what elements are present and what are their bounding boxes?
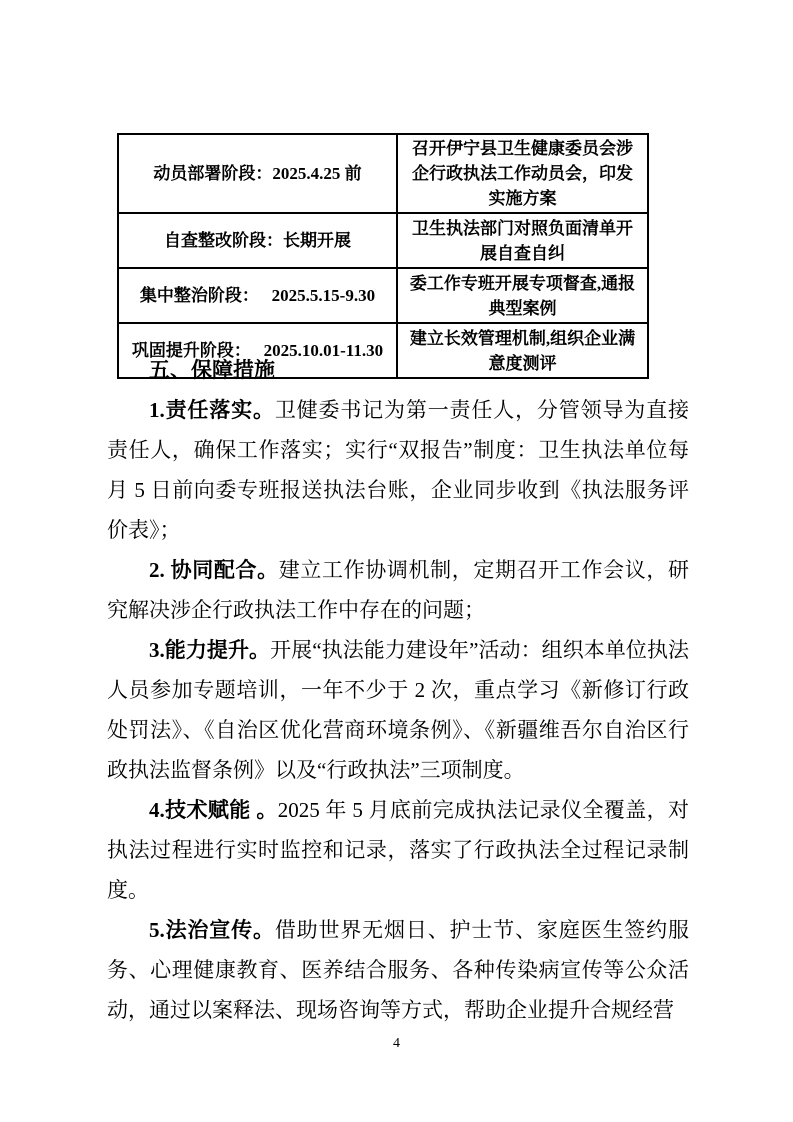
table-row: 集中整治阶段： 2025.5.15-9.30 委工作专班开展专项督查,通报典型案…: [118, 268, 648, 323]
paragraph-lead: 3.能力提升。: [149, 638, 270, 662]
paragraph-lead: 1.责任落实。: [149, 398, 275, 422]
phase-schedule-table: 动员部署阶段：2025.4.25 前 召开伊宁县卫生健康委员会涉企行政执法工作动…: [117, 133, 649, 379]
table-row: 自查整改阶段：长期开展 卫生执法部门对照负面清单开展自查自纠: [118, 213, 648, 268]
page-number: 4: [0, 1036, 793, 1052]
paragraph-technology: 4.技术赋能 。2025 年 5 月底前完成执法记录仪全覆盖，对执法过程进行实时…: [107, 790, 689, 910]
phase-cell: 动员部署阶段：2025.4.25 前: [118, 134, 397, 213]
action-cell: 召开伊宁县卫生健康委员会涉企行政执法工作动员会，印发实施方案: [397, 134, 648, 213]
action-cell: 卫生执法部门对照负面清单开展自查自纠: [397, 213, 648, 268]
action-cell: 委工作专班开展专项督查,通报典型案例: [397, 268, 648, 323]
phase-cell: 集中整治阶段： 2025.5.15-9.30: [118, 268, 397, 323]
paragraph-coordination: 2. 协同配合。建立工作协调机制，定期召开工作会议，研究解决涉企行政执法工作中存…: [107, 550, 689, 630]
phase-cell: 自查整改阶段：长期开展: [118, 213, 397, 268]
paragraph-publicity: 5.法治宣传。借助世界无烟日、护士节、家庭医生签约服务、心理健康教育、医养结合服…: [107, 910, 689, 1030]
paragraph-lead: 2. 协同配合。: [149, 558, 279, 582]
paragraph-lead: 5.法治宣传。: [149, 918, 275, 942]
table-row: 动员部署阶段：2025.4.25 前 召开伊宁县卫生健康委员会涉企行政执法工作动…: [118, 134, 648, 213]
paragraph-responsibility: 1.责任落实。卫健委书记为第一责任人，分管领导为直接责任人，确保工作落实；实行“…: [107, 390, 689, 550]
document-body: 五、保障措施 1.责任落实。卫健委书记为第一责任人，分管领导为直接责任人，确保工…: [107, 350, 689, 1030]
section-heading: 五、保障措施: [107, 350, 689, 390]
paragraph-capability: 3.能力提升。开展“执法能力建设年”活动：组织本单位执法人员参加专题培训，一年不…: [107, 630, 689, 790]
paragraph-lead: 4.技术赋能 。: [149, 798, 278, 822]
document-page: 动员部署阶段：2025.4.25 前 召开伊宁县卫生健康委员会涉企行政执法工作动…: [0, 0, 793, 1122]
